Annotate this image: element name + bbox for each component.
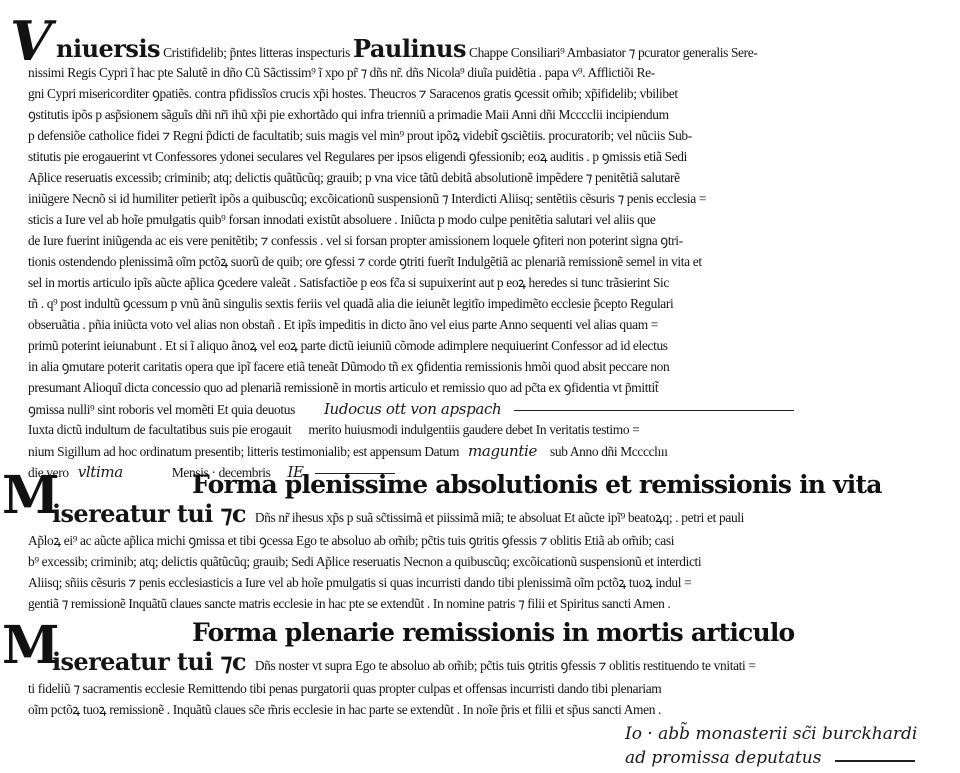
opening-line: niuersis Cristifidelib; p̃ntes litteras … <box>56 40 757 62</box>
text-segment: ꝯmissa nulli⁹ sint roboris vel momẽti Et… <box>28 402 295 417</box>
section-heading-remission-at-death: Forma plenarie remissionis in mortis art… <box>192 618 794 647</box>
body-line: gentiã ⁊ remissionẽ Inquãtũ claues sanct… <box>28 595 670 613</box>
text-segment: Dñs nr̃ ihesus xp̃s p suã sc̃tissimã et … <box>255 510 744 525</box>
body-line: oĩm pctõꝝ tuoꝝ remissionẽ . Inquãtũ clau… <box>28 701 661 719</box>
opening-word: niuersis <box>56 34 160 63</box>
body-line: sticis a Iure vel ab hoĩe pmulgatis quib… <box>28 211 655 229</box>
text-segment: Dñs noster vt supra Ego te absoluo ab om… <box>255 658 756 673</box>
misereatur-lead: isereatur tui ⁊c <box>52 647 246 676</box>
handwritten-signature-line-1: Io · abb̃ monasterii sc̃i burckhardi <box>625 724 917 744</box>
body-line: Ap̃loꝝ ei⁹ ac aũcte ap̃lica michi ꝯmissa… <box>28 532 674 550</box>
text-segment: Cristifidelib; p̃ntes litteras inspectur… <box>163 45 350 60</box>
handwritten-place: maguntie <box>468 442 537 460</box>
text-segment: merito huiusmodi indulgentiis gaudere de… <box>308 422 639 437</box>
body-line: Ap̃lice reseruatis excessib; criminib; a… <box>28 169 680 187</box>
body-line: tñ . q⁹ post indultũ ꝯcessum p vnũ ãnũ s… <box>28 295 673 313</box>
body-line: stitutis pie erogauerint vt Confessores … <box>28 148 687 166</box>
body-line: p defensiõe catholice fidei ⁊ Regni p̃di… <box>28 127 692 145</box>
body-line: obseruãtia . pñia iniũcta voto vel alias… <box>28 316 658 334</box>
decorated-initial-v: V <box>10 14 52 68</box>
text-segment: Chappe Consiliari⁹ Ambasiator ⁊ pcurator… <box>469 45 757 60</box>
handwritten-signature-line-2: ad promissa deputatus <box>625 748 821 768</box>
body-line: tionis ostendendo plenissimã oĩm pctõꝝ s… <box>28 253 702 271</box>
decorated-initial-m: M <box>2 470 60 522</box>
body-line: ꝯstitutis ipõs p asp̃sionem sãguĩs dñi n… <box>28 106 669 124</box>
handwritten-recipient-name: Iudocus ott von apspach <box>324 400 501 418</box>
body-line: ti fideliũ ⁊ sacramentis ecclesie Remitt… <box>28 680 661 698</box>
section2-lead-line: isereatur tui ⁊c Dñs nr̃ ihesus xp̃s p s… <box>52 505 744 527</box>
body-line: Aliisq; sñiis cẽsuris ⁊ penis ecclesiast… <box>28 574 691 592</box>
misereatur-lead: isereatur tui ⁊c <box>52 499 246 528</box>
body-line: in alia ꝯmutare poterit caritatis opera … <box>28 358 669 376</box>
scanned-document-page: V niuersis Cristifidelib; p̃ntes littera… <box>0 0 960 773</box>
section3-lead-line: isereatur tui ⁊c Dñs noster vt supra Ego… <box>52 653 756 675</box>
body-line-with-name: ꝯmissa nulli⁹ sint roboris vel momẽti Et… <box>28 400 794 419</box>
decorated-initial-m: M <box>2 620 60 672</box>
body-line-with-place: nium Sigillum ad hoc ordinatum presentib… <box>28 442 668 461</box>
body-line: b⁹ excessib; criminib; atq; delictis quã… <box>28 553 701 571</box>
body-line: de Iure fuerint iniũgenda ac eis vere pe… <box>28 232 683 250</box>
signature-flourish <box>835 760 915 762</box>
handwritten-day: vltima <box>78 463 123 481</box>
text-segment: nium Sigillum ad hoc ordinatum presentib… <box>28 444 459 459</box>
text-segment: sub Anno dñi Mcccclııı <box>550 444 668 459</box>
body-line: primũ poterint ieiunabunt . Et si ĩ aliq… <box>28 337 668 355</box>
issuer-name: Paulinus <box>353 34 466 63</box>
section-heading-absolution-in-life: Forma plenissime absolutionis et remissi… <box>192 470 882 499</box>
body-line: gni Cypri misericorditer ꝯpatiẽs. contra… <box>28 85 678 103</box>
filler-rule <box>514 410 794 411</box>
body-line: Iuxta dictũ indultum de facultatibus sui… <box>28 421 639 439</box>
body-line: iniũgere Necnõ si id humiliter petierĩt … <box>28 190 706 208</box>
body-line: nissimi Regis Cypri ĩ hac pte Salutẽ in … <box>28 64 655 82</box>
body-line: presumant Alioquĩ dicta concessio quo ad… <box>28 379 658 397</box>
body-line: sel in mortis articulo ipĩs aũcte ap̃lic… <box>28 274 669 292</box>
text-segment: Iuxta dictũ indultum de facultatibus sui… <box>28 422 291 437</box>
